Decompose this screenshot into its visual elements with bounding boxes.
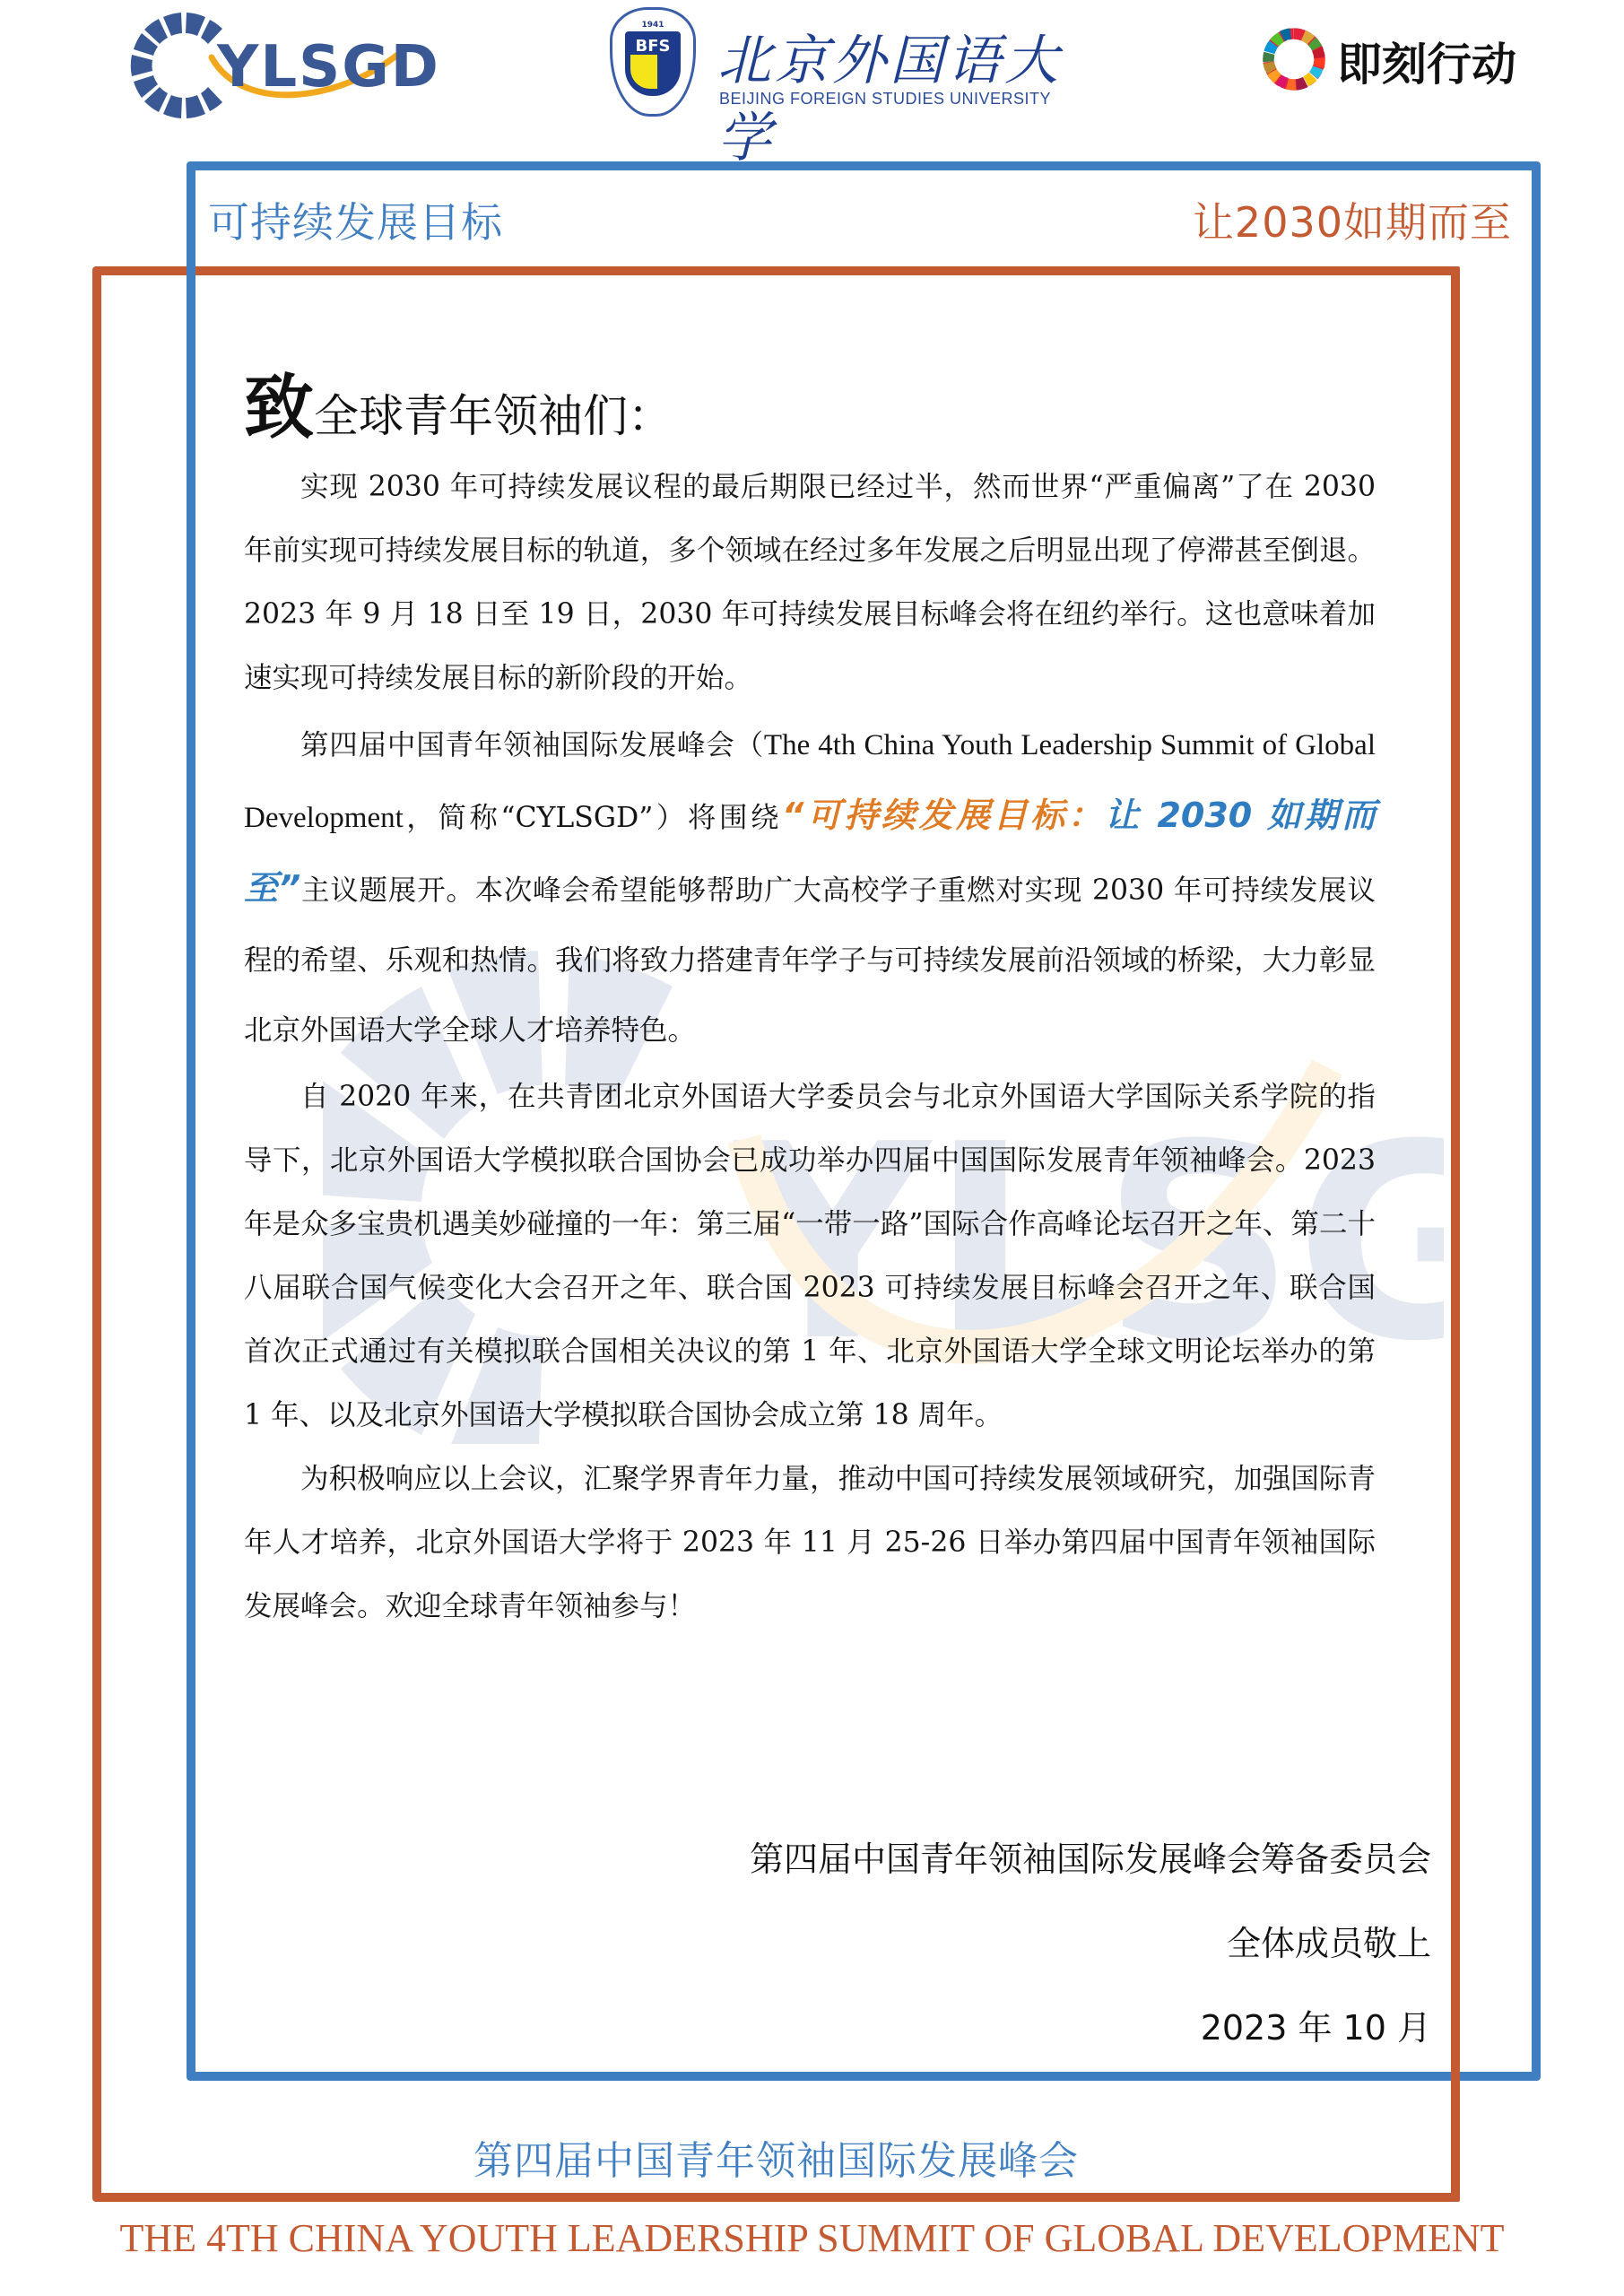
cylsgd-logo-text: YLSGD xyxy=(217,34,440,100)
footer-chinese-title: 第四届中国青年领袖国际发展峰会 xyxy=(92,2128,1460,2186)
corner-title-left: 可持续发展目标 xyxy=(208,190,503,249)
bfsu-crest-text: BFS xyxy=(625,37,681,56)
bfsu-crest-icon: 1941 BFS xyxy=(610,7,696,117)
cylsgd-logo: YLSGD xyxy=(126,7,413,124)
p2-mid: ，简称“CYLSGD”）将围绕 xyxy=(404,802,782,834)
letter-greeting: 致全球青年领袖们： xyxy=(244,352,673,452)
corner-title-right: 让2030如期而至 xyxy=(1193,190,1512,249)
sdg-color-wheel-icon xyxy=(1260,25,1328,93)
paragraph-4: 为积极响应以上会议，汇聚学界青年力量，推动中国可持续发展领域研究，加强国际青年人… xyxy=(244,1448,1376,1639)
orange-frame-right-edge xyxy=(1451,266,1460,2202)
letter-body: 实现 2030 年可持续发展议程的最后期限已经过半，然而世界“严重偏离”了在 2… xyxy=(244,456,1376,1639)
sdg-act-now-text: 即刻行动 xyxy=(1337,29,1516,93)
paragraph-1: 实现 2030 年可持续发展议程的最后期限已经过半，然而世界“严重偏离”了在 2… xyxy=(244,456,1376,710)
signature-date: 2023 年 10 月 xyxy=(1201,2000,1431,2049)
p2-post: 主议题展开。本次峰会希望能够帮助广大高校学子重燃对实现 2030 年可持续发展议… xyxy=(244,874,1376,1047)
greeting-to: 致 xyxy=(244,367,314,448)
signature-org: 第四届中国青年领袖国际发展峰会筹备委员会 xyxy=(750,1831,1431,1881)
sdg-act-now-logo: 即刻行动 xyxy=(1260,23,1529,95)
p2-pre: 第四届中国青年领袖国际发展峰会（ xyxy=(300,729,764,761)
bfsu-logo: 1941 BFS 北京外国语大学 BEIJING FOREIGN STUDIES… xyxy=(606,5,1073,122)
bfsu-crest-year: 1941 xyxy=(612,21,693,30)
paragraph-3: 自 2020 年来，在共青团北京外国语大学委员会与北京外国语大学国际关系学院的指… xyxy=(244,1065,1376,1448)
footer-english-title: THE 4TH CHINA YOUTH LEADERSHIP SUMMIT OF… xyxy=(0,2215,1624,2261)
signature-closing: 全体成员敬上 xyxy=(1227,1916,1431,1965)
bfsu-english-name: BEIJING FOREIGN STUDIES UNIVERSITY xyxy=(719,90,1051,109)
theme-highlight-orange: “可持续发展目标： xyxy=(782,796,1105,835)
greeting-recipients: 全球青年领袖们： xyxy=(314,390,673,442)
paragraph-2: 第四届中国青年领袖国际发展峰会（The 4th China Youth Lead… xyxy=(244,710,1376,1065)
